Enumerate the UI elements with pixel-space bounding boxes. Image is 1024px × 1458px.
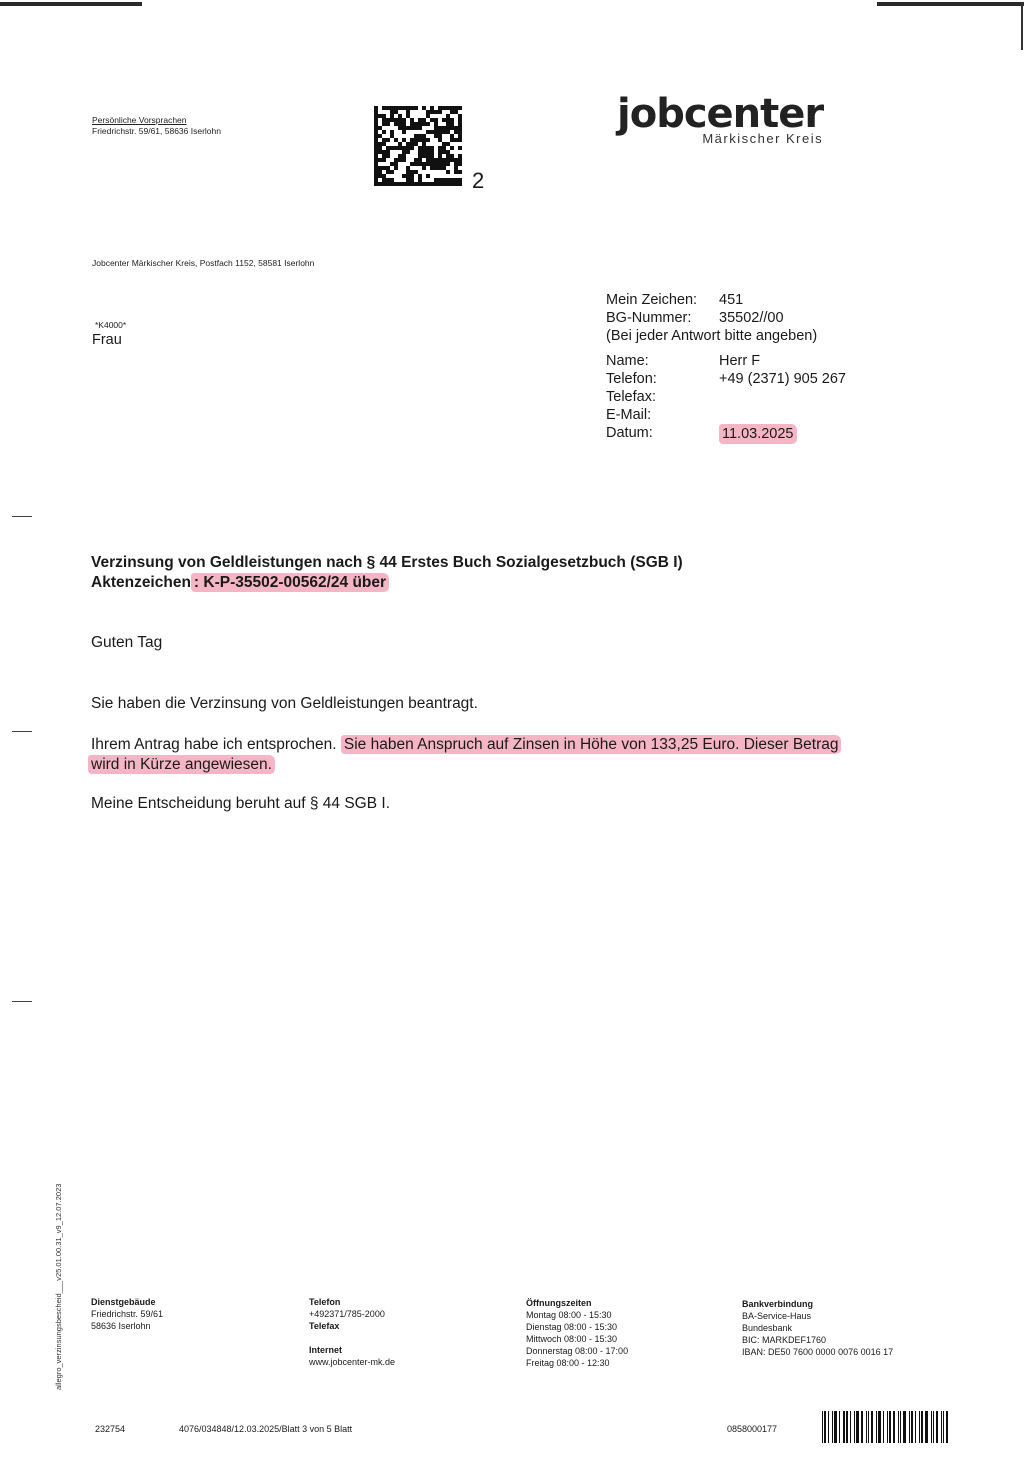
hours-line: Montag 08:00 - 15:30 — [526, 1309, 628, 1321]
reference-block: Mein Zeichen:451BG-Nummer:35502//00 (Bei… — [606, 291, 846, 444]
jobcenter-logo: jobcenter Märkischer Kreis — [617, 94, 823, 146]
paragraph-2-highlight-b: wird in Kürze angewiesen. — [88, 755, 275, 774]
recipient-code: *K4000* — [95, 320, 126, 330]
bank-line: BA-Service-Haus — [742, 1310, 893, 1322]
subject-title: Verzinsung von Geldleistungen nach § 44 … — [91, 553, 683, 573]
form-version-text: allegro_verzinsungsbescheid___v25.01.00.… — [54, 1184, 63, 1390]
fold-mark — [12, 731, 32, 732]
reference-label: Telefon: — [606, 370, 719, 388]
reference-row: Mein Zeichen:451 — [606, 291, 846, 309]
paragraph-2-highlight-a: Sie haben Anspruch auf Zinsen in Höhe vo… — [341, 735, 842, 754]
reference-label: Mein Zeichen: — [606, 291, 719, 309]
reference-row: BG-Nummer:35502//00 — [606, 309, 846, 327]
hours-line: Dienstag 08:00 - 15:30 — [526, 1321, 628, 1333]
fax-heading: Telefax — [309, 1320, 395, 1332]
reference-label: E-Mail: — [606, 406, 719, 424]
recipient-block: *K4000* Frau — [95, 320, 126, 348]
reference-value: Herr F — [719, 352, 760, 370]
letter-greeting: Guten Tag — [91, 633, 162, 653]
letter-paragraph-3: Meine Entscheidung beruht auf § 44 SGB I… — [91, 794, 390, 814]
reference-row: Telefon:+49 (2371) 905 267 — [606, 370, 846, 388]
hours-line: Donnerstag 08:00 - 17:00 — [526, 1345, 628, 1357]
subject-block: Verzinsung von Geldleistungen nach § 44 … — [91, 553, 683, 593]
reference-label: BG-Nummer: — [606, 309, 719, 327]
scan-edge-vertical — [1021, 2, 1023, 50]
reference-label: Datum: — [606, 424, 719, 444]
reference-label: Name: — [606, 352, 719, 370]
letter-paragraph-2: Ihrem Antrag habe ich entsprochen. Sie h… — [91, 735, 971, 775]
phone-heading: Telefon — [309, 1296, 395, 1308]
file-reference-label: Aktenzeichen — [91, 574, 191, 591]
fold-mark — [12, 1001, 32, 1002]
reference-row: Telefax: — [606, 388, 846, 406]
barcode — [822, 1411, 951, 1443]
building-line: 58636 Iserlohn — [91, 1320, 163, 1332]
building-line: Friedrichstr. 59/61 — [91, 1308, 163, 1320]
reference-value: 451 — [719, 291, 743, 309]
document-id-right: 0858000177 — [727, 1423, 777, 1435]
hours-line: Freitag 08:00 - 12:30 — [526, 1357, 628, 1369]
logo-wordmark: jobcenter — [617, 94, 823, 134]
internet-value: www.jobcenter-mk.de — [309, 1356, 395, 1368]
footer-bank: Bankverbindung BA-Service-Haus Bundesban… — [742, 1298, 893, 1358]
reference-row: E-Mail: — [606, 406, 846, 424]
reference-value: 35502//00 — [719, 309, 784, 327]
bank-line: BIC: MARKDEF1760 — [742, 1334, 893, 1346]
phone-value: +492371/785-2000 — [309, 1308, 395, 1320]
hours-line: Mittwoch 08:00 - 15:30 — [526, 1333, 628, 1345]
reference-row: Datum:11.03.2025 — [606, 424, 846, 444]
recipient-salutation: Frau — [92, 332, 126, 348]
bank-heading: Bankverbindung — [742, 1298, 893, 1310]
scan-edge-left — [0, 2, 142, 6]
page-marker: 2 — [472, 168, 484, 194]
footer-building: Dienstgebäude Friedrichstr. 59/61 58636 … — [91, 1296, 163, 1332]
visit-label: Persönliche Vorsprachen — [92, 115, 221, 126]
internet-heading: Internet — [309, 1344, 395, 1356]
building-heading: Dienstgebäude — [91, 1296, 163, 1308]
visit-info: Persönliche Vorsprachen Friedrichstr. 59… — [92, 115, 221, 137]
reference-value: +49 (2371) 905 267 — [719, 370, 846, 388]
file-reference: Aktenzeichen: K-P-35502-00562/24 über — [91, 573, 683, 593]
reference-note: (Bei jeder Antwort bitte angeben) — [606, 327, 846, 345]
bank-line: IBAN: DE50 7600 0000 0076 0016 17 — [742, 1346, 893, 1358]
fold-mark — [12, 516, 32, 517]
bank-line: Bundesbank — [742, 1322, 893, 1334]
footer-hours: Öffnungszeiten Montag 08:00 - 15:30 Dien… — [526, 1297, 628, 1369]
document-id-left: 232754 — [95, 1423, 125, 1435]
document-reference: 4076/034848/12.03.2025/Blatt 3 von 5 Bla… — [179, 1423, 352, 1435]
scan-edge-right — [877, 2, 1024, 6]
footer-contact: Telefon +492371/785-2000 Telefax Interne… — [309, 1296, 395, 1368]
reference-row: Name:Herr F — [606, 352, 846, 370]
reference-label: Telefax: — [606, 388, 719, 406]
reference-value: 11.03.2025 — [719, 424, 797, 444]
hours-heading: Öffnungszeiten — [526, 1297, 628, 1309]
file-reference-number: : K-P-35502-00562/24 über — [191, 573, 389, 592]
paragraph-2-plain: Ihrem Antrag habe ich entsprochen. — [91, 736, 341, 753]
return-address: Jobcenter Märkischer Kreis, Postfach 115… — [92, 258, 314, 269]
visit-address: Friedrichstr. 59/61, 58636 Iserlohn — [92, 126, 221, 137]
letter-paragraph-1: Sie haben die Verzinsung von Geldleistun… — [91, 694, 478, 714]
datamatrix-code — [374, 106, 462, 186]
